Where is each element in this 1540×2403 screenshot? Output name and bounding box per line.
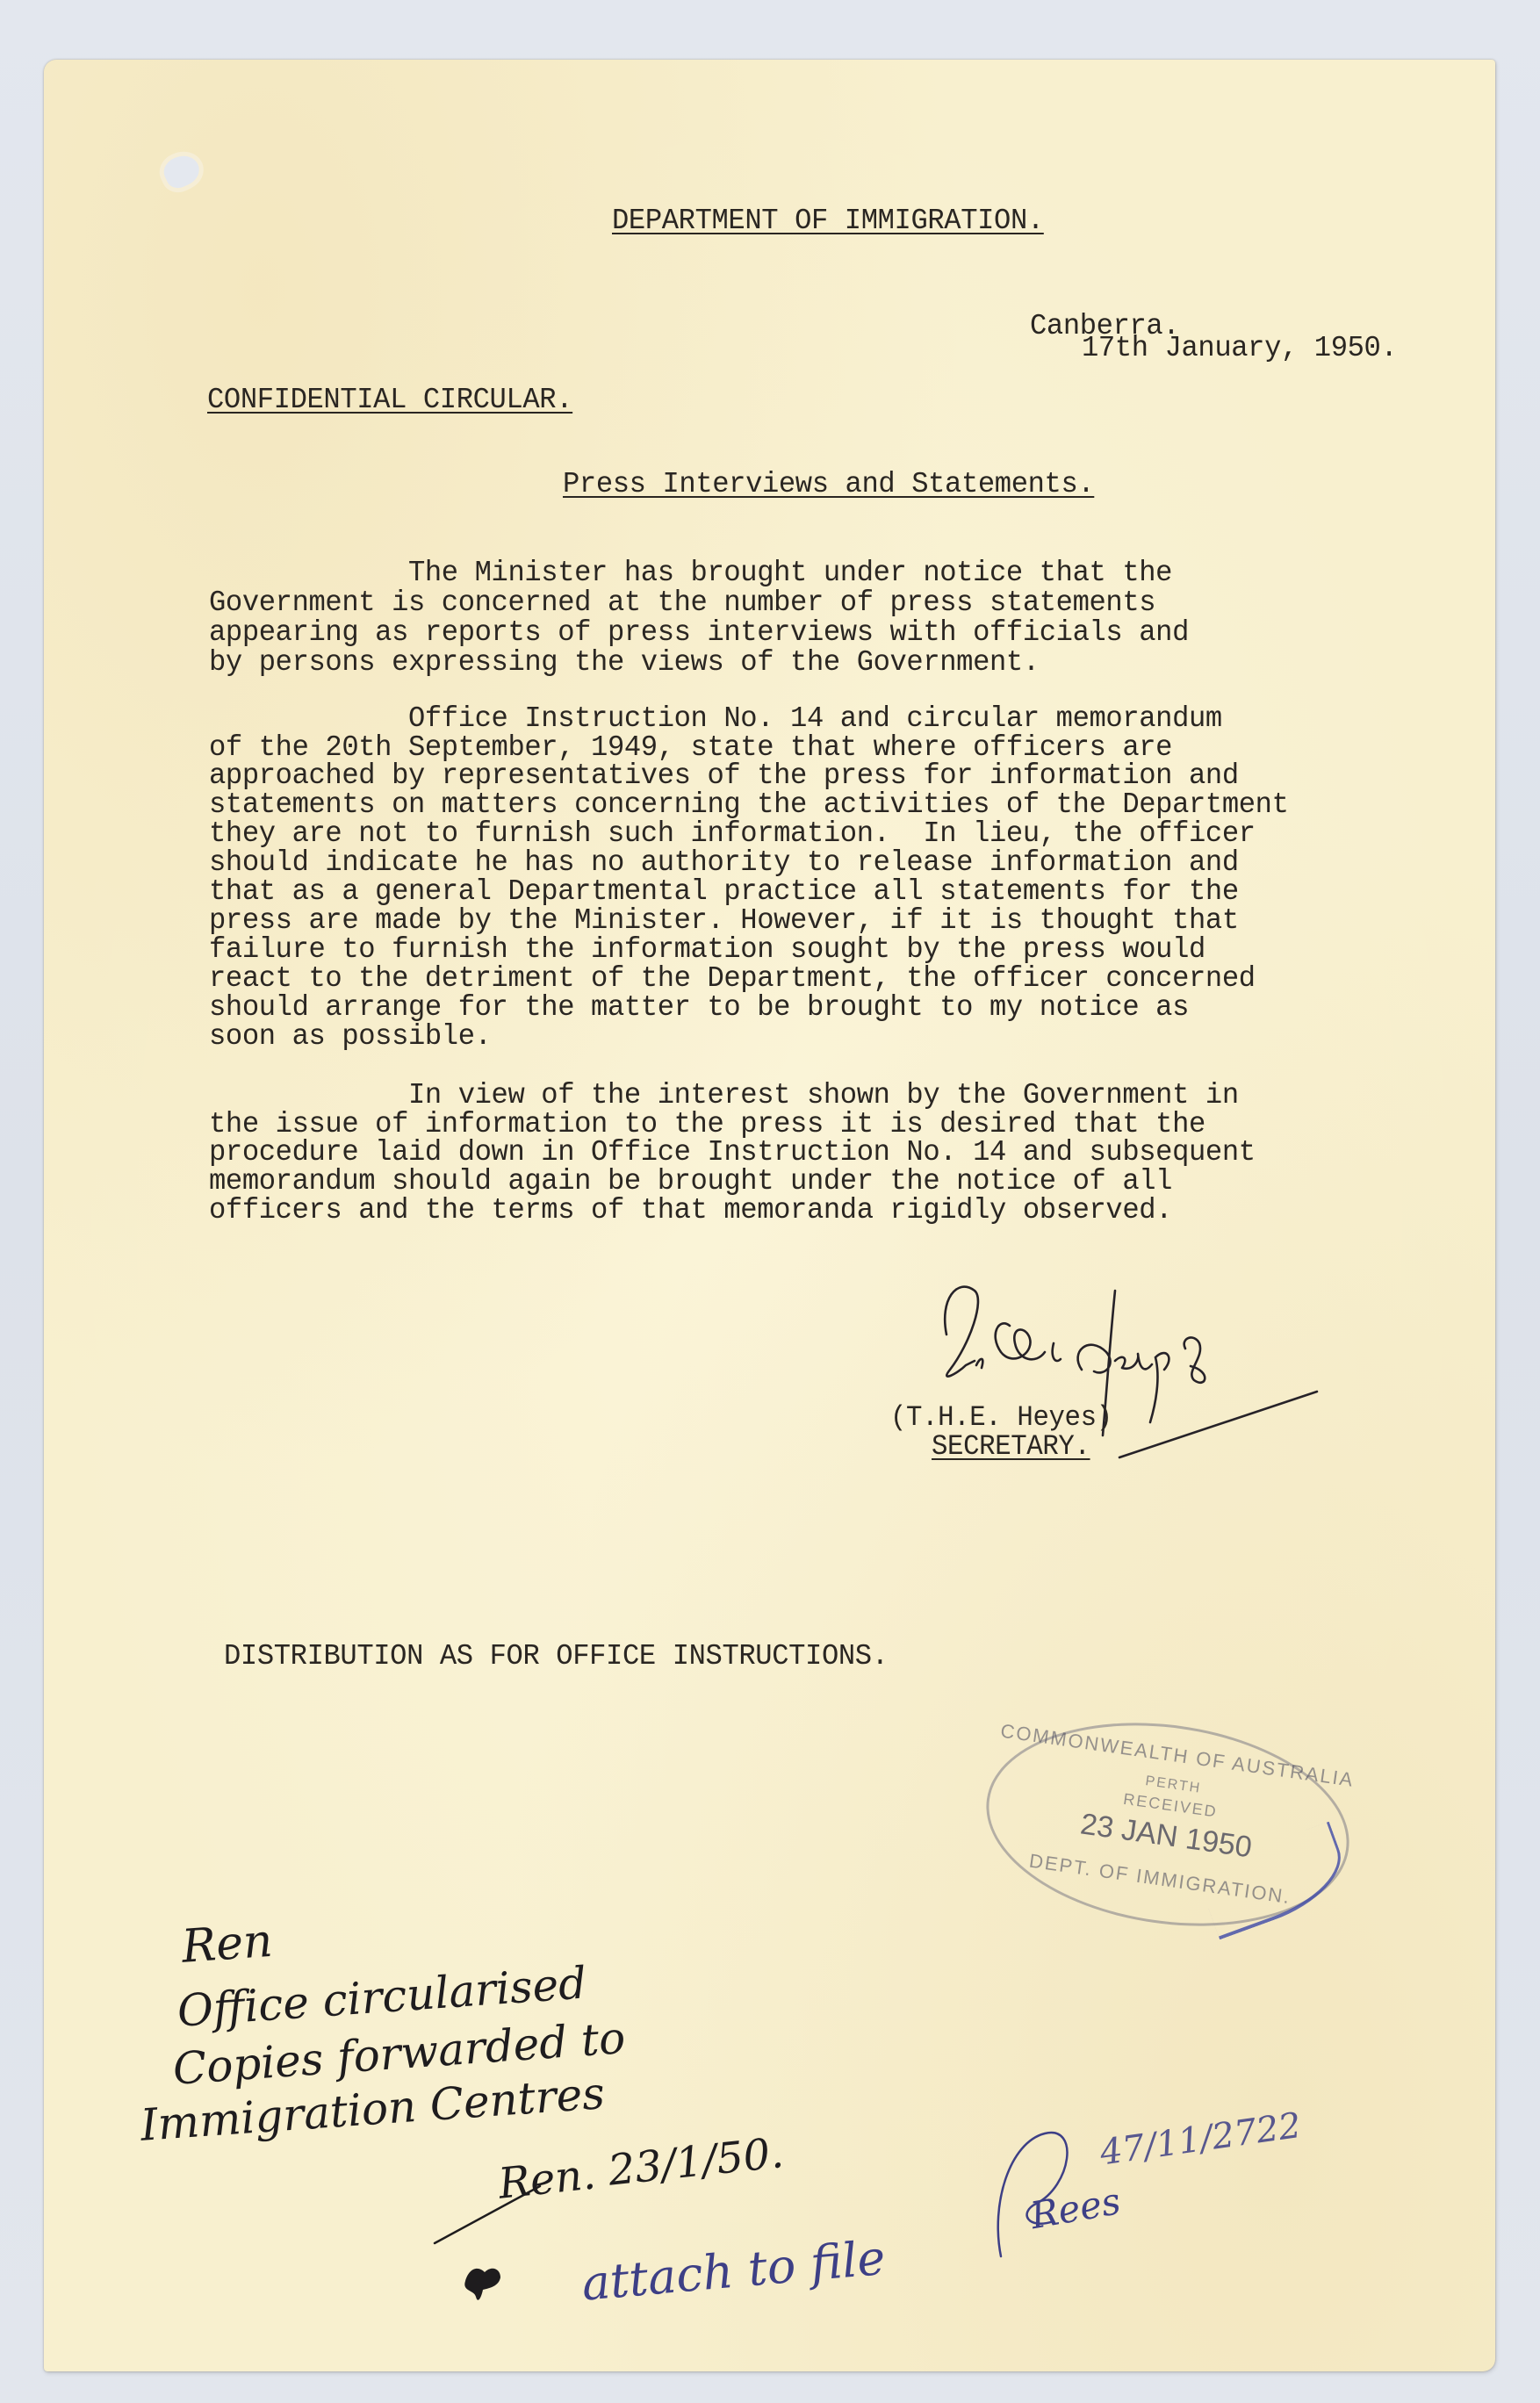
paragraph-line: press are made by the Minister. However,… [209,907,1239,936]
paragraph-line: failure to furnish the information sough… [209,936,1205,965]
paragraph-line: The Minister has brought under notice th… [209,559,1172,588]
paragraph-line: memorandum should again be brought under… [209,1168,1172,1197]
paragraph-line: officers and the terms of that memoranda… [209,1197,1172,1226]
subject-heading: Press Interviews and Statements. [563,471,1094,500]
paragraph-line: approached by representatives of the pre… [209,762,1239,791]
classification: CONFIDENTIAL CIRCULAR. [207,386,572,415]
paragraph-line: statements on matters concerning the act… [209,791,1288,820]
paragraph-line: appearing as reports of press interviews… [209,619,1189,648]
paragraph-line: they are not to furnish such information… [209,820,1256,849]
paragraph-line: by persons expressing the views of the G… [209,649,1040,678]
paragraph-line: should indicate he has no authority to r… [209,849,1239,878]
paragraph-line: soon as possible. [209,1023,492,1052]
paragraph-line: that as a general Departmental practice … [209,878,1239,907]
handwritten-note-line: Ren [180,1915,274,1974]
date: 17th January, 1950. [1082,335,1397,363]
department-heading: DEPARTMENT OF IMMIGRATION. [612,207,1044,236]
paragraph-line: Government is concerned at the number of… [209,589,1155,618]
paragraph-line: Office Instruction No. 14 and circular m… [209,705,1222,734]
handwritten-note-initials: Ren. [496,2149,598,2208]
distribution-note: DISTRIBUTION AS FOR OFFICE INSTRUCTIONS. [224,1643,889,1672]
signatory-title: SECRETARY. [932,1432,1090,1461]
ink-blot [457,2256,509,2309]
paragraph-line: should arrange for the matter to be brou… [209,994,1189,1023]
paragraph-line: procedure laid down in Office Instructio… [209,1139,1256,1168]
typed-signatory-name: (T.H.E. Heyes) [890,1403,1112,1432]
paragraph-line: In view of the interest shown by the Gov… [209,1082,1239,1111]
paragraph-line: react to the detriment of the Department… [209,965,1256,994]
